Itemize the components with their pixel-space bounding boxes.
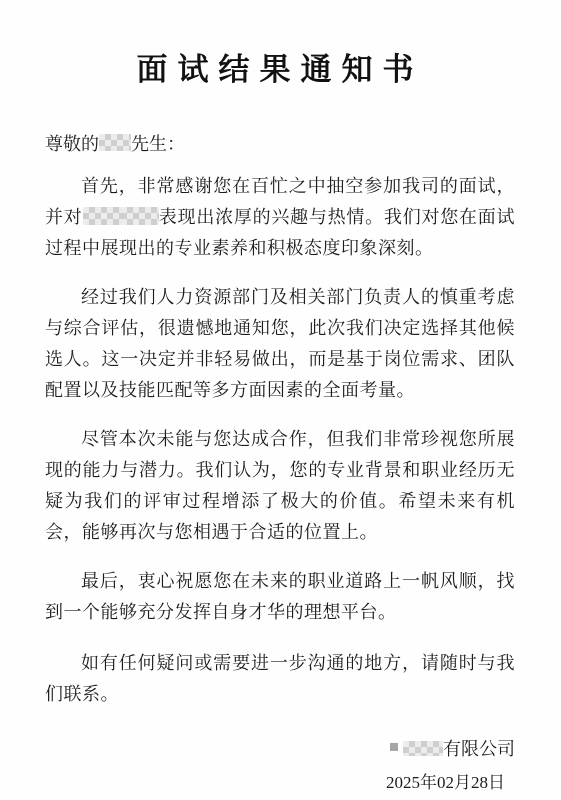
paragraph-appreciation: 尽管本次未能与您达成合作，但我们非常珍视您所展现的能力与潜力。我们认为，您的专业… xyxy=(45,424,515,548)
signature-company-line: 有限公司 xyxy=(45,734,515,765)
redacted-company-inline-1 xyxy=(83,207,121,225)
redacted-company-signature-pixel xyxy=(390,743,398,751)
signature-block: 有限公司 2025年02月28日 xyxy=(45,734,515,798)
paragraph-wishes: 最后，衷心祝愿您在未来的职业道路上一帆风顺，找到一个能够充分发挥自身才华的理想平… xyxy=(45,566,515,628)
letter-title: 面试结果通知书 xyxy=(45,44,515,89)
letter-body: 首先，非常感谢您在百忙之中抽空参加我司的面试，并对表现出浓厚的兴趣与热情。我们对… xyxy=(45,171,515,710)
signature-date: 2025年02月28日 xyxy=(45,767,515,798)
signature-company-suffix: 有限公司 xyxy=(443,739,515,759)
paragraph-contact: 如有任何疑问或需要进一步沟通的地方，请随时与我们联系。 xyxy=(45,648,515,710)
salutation-prefix: 尊敬的 xyxy=(45,134,99,154)
paragraph-decision: 经过我们人力资源部门及相关部门负责人的慎重考虑与综合评估，很遗憾地通知您，此次我… xyxy=(45,282,515,406)
salutation-suffix: 先生： xyxy=(131,134,185,154)
salutation-line: 尊敬的先生： xyxy=(45,131,515,157)
redacted-recipient-name xyxy=(99,134,131,151)
redacted-company-signature xyxy=(403,741,443,756)
redacted-company-inline-2 xyxy=(121,207,159,225)
letter-page: 面试结果通知书 尊敬的先生： 首先，非常感谢您在百忙之中抽空参加我司的面试，并对… xyxy=(0,0,561,800)
paragraph-thanks: 首先，非常感谢您在百忙之中抽空参加我司的面试，并对表现出浓厚的兴趣与热情。我们对… xyxy=(45,171,515,264)
